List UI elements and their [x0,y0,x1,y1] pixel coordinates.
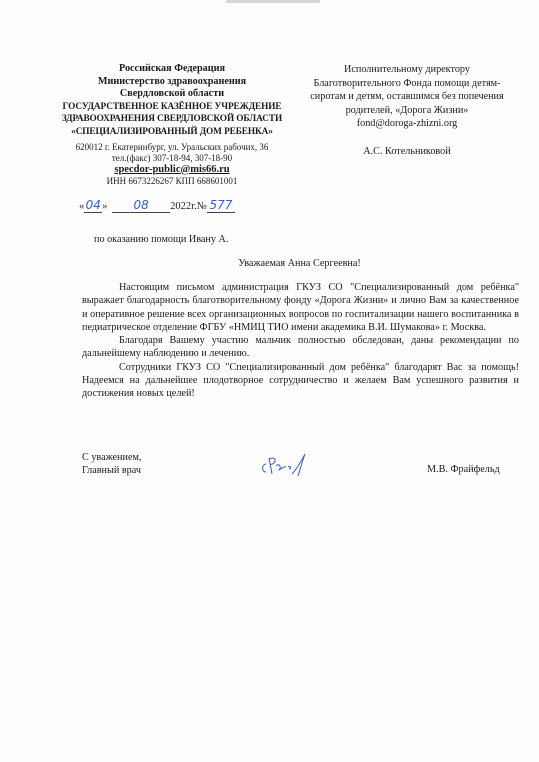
date-and-number-line: «04» 082022г.№577 [79,198,235,214]
sender-line: Российская Федерация [56,63,288,76]
scan-artifact [226,0,320,3]
recipient-line: родителей, «Дорога Жизни» [296,104,518,118]
recipient-line: сиротам и детям, оставшимся без попечени… [296,90,518,104]
handwritten-signature-icon [258,450,314,478]
sender-line: Свердловской области [56,88,288,101]
signer-title: Главный врач [82,464,141,477]
closing-regards: С уважением, [82,451,141,464]
sender-line: Министерство здравоохранения [56,76,288,89]
date-day: 04 [84,198,102,213]
body-paragraph: Сотрудники ГКУЗ СО "Специализированный д… [82,361,519,401]
sender-line: ЗДРАВООХРАНЕНИЯ СВЕРДЛОВСКОЙ ОБЛАСТИ [56,113,288,126]
letter-body: Настоящим письмом администрация ГКУЗ СО … [82,281,519,401]
body-paragraph: Настоящим письмом администрация ГКУЗ СО … [82,281,519,334]
sender-letterhead: Российская Федерация Министерство здраво… [56,63,288,187]
close-quote: » [102,201,107,212]
sender-phone: тел.(факс) 307-18-94, 307-18-90 [56,153,288,164]
signer-name: М.В. Фрайфельд [427,464,500,475]
salutation: Уважаемая Анна Сергеевна! [0,258,539,269]
sender-address: 620012 г. Екатеринбург, ул. Уральских ра… [56,142,288,153]
sender-line: ГОСУДАРСТВЕННОЕ КАЗЁННОЕ УЧРЕЖДЕНИЕ [56,101,288,114]
document-number: 577 [207,198,235,213]
recipient-line: Исполнительному директору [296,63,518,77]
date-month: 08 [112,198,170,213]
body-paragraph: Благодаря Вашему участию мальчик полност… [82,334,519,361]
sender-line: «СПЕЦИАЛИЗИРОВАННЫЙ ДОМ РЕБЕНКА» [56,126,288,139]
subject-line: по оказанию помощи Ивану А. [94,234,228,245]
recipient-email[interactable]: fond@doroga-zhizni.org [296,117,518,131]
sender-email[interactable]: specdor-public@mis66.ru [56,164,288,176]
recipient-block: Исполнительному директору Благотворитель… [296,63,518,159]
sender-inn-kpp: ИНН 6673226267 КПП 668601001 [56,176,288,187]
closing-block: С уважением, Главный врач [82,451,141,478]
recipient-name: А.С. Котельниковой [296,145,518,159]
year-and-number-label: 2022г.№ [170,201,207,212]
recipient-line: Благотворительного Фонда помощи детям- [296,77,518,91]
